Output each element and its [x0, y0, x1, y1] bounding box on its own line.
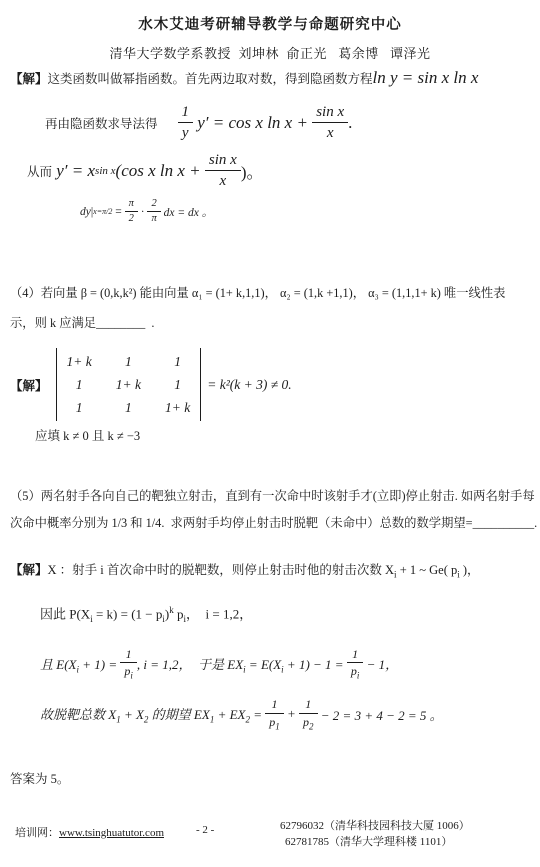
fraction-denominator: x [312, 122, 348, 142]
equation-differential: dy|x=π/2 = π2 · 2π dx = dx 。 [80, 198, 540, 225]
dot-operator: · [138, 206, 148, 218]
equation-lead-text: 从而 [27, 162, 52, 180]
question-4-line1: （4）若向量 β = (0,k,k²) 能由向量 α₁ = (1+ k,1,1)… [10, 286, 505, 300]
document-page: 水木艾迪考研辅导教学与命题研究中心 清华大学数学系教授 刘坤林 俞正光 葛余博 … [0, 0, 540, 867]
fraction-numerator: 1 [347, 647, 364, 662]
fraction-sinx-over-x: sin xx [312, 103, 348, 142]
determinant-result: = k²(k + 3) ≠ 0. [207, 377, 291, 393]
fraction-1-over-y: 1y [178, 103, 194, 142]
fraction-1-over-p1: 1p1 [265, 697, 284, 732]
fraction-denominator: p1 [265, 713, 284, 732]
fraction-1-over-pi: 1pi [120, 647, 137, 682]
matrix-cell: 1+ k [165, 398, 190, 417]
solution5-line4: 故脱靶总数 X1 + X2 的期望 EX1 + EX2 = 1p1 + 1p2 … [40, 697, 540, 732]
footer-site-url[interactable]: www.tsinghuatutor.com [59, 827, 164, 839]
plus-operator: + [284, 706, 299, 722]
fraction-1-over-pi: 1pi [347, 647, 364, 682]
determinant-matrix: 1+ k 1 1 1 1+ k 1 1 1 1+ k [56, 348, 202, 421]
fraction-numerator: 2 [147, 198, 160, 211]
equation-pre: y′ = x [52, 161, 95, 181]
fraction-denominator: pi [120, 662, 137, 681]
solution5-line2: 因此 P(Xi = k) = (1 − pi)k pi， i = 1,2， [40, 601, 540, 628]
equation-tail: − 1， [363, 654, 398, 673]
footer-site: 培训网：www.tsinghuatutor.com [15, 824, 164, 840]
equation-implicit-derivative: 再由隐函数求导法得 1y y′ = cos x ln x + sin xx . [45, 103, 540, 142]
question-5: （5）两名射手各向自己的靶独立射击，直到有一次命中时该射手才(立即)停止射击. … [10, 483, 532, 537]
fraction-numerator: 1 [299, 697, 318, 712]
equation-final-derivative: 从而 y′ = x sin x (cos x ln x + sin xx )。 [27, 151, 540, 190]
footer-contacts: 62796032（清华科技园科技大厦 1006）62781785（清华大学理科楼… [280, 818, 470, 850]
question-5-line1: （5）两名射手各向自己的靶独立射击，直到有一次命中时该射手才(立即)停止射击. … [10, 489, 535, 503]
matrix-cell: 1 [116, 398, 141, 417]
equation-lead: 且 E(Xi + 1) = [40, 654, 120, 675]
fraction-2-over-pi: 2π [147, 198, 160, 225]
equation-middle: , i = 1,2， 于是 EXi = E(Xi + 1) − 1 = [137, 654, 347, 675]
solution5-line1: 【解】X ：射手 i 首次命中时的脱靶数，则停止射击时他的射击次数 Xi + 1… [10, 561, 532, 584]
matrix-cell: 1+ k [67, 352, 92, 371]
fraction-denominator: π [147, 211, 160, 225]
equals-sign: = [112, 206, 124, 218]
footer-phone-2: 62781785（清华大学理科楼 1101） [280, 836, 452, 848]
question-4: （4）若向量 β = (0,k,k²) 能由向量 α₁ = (1+ k,1,1)… [10, 278, 532, 338]
fraction-numerator: 1 [265, 697, 284, 712]
solution4-label: 【解】 [10, 376, 48, 394]
fraction-numerator: sin x [205, 151, 241, 170]
matrix-cell: 1 [165, 375, 190, 394]
dy-symbol: dy [80, 206, 91, 218]
fraction-numerator: π [125, 198, 138, 211]
solution5-line3: 且 E(Xi + 1) = 1pi , i = 1,2， 于是 EXi = E(… [40, 647, 540, 682]
equation-middle: (cos x ln x + [116, 161, 205, 181]
equation-middle: y′ = cos x ln x + [193, 113, 312, 133]
authors-line: 清华大学数学系教授 刘坤林 俞正光 葛余博 谭泽光 [0, 43, 540, 62]
matrix-cell: 1 [165, 352, 190, 371]
fraction-numerator: sin x [312, 103, 348, 122]
question-4-line2: 示，则 k 应满足________ . [10, 316, 155, 330]
final-answer: 答案为 5。 [10, 770, 532, 788]
footer-phone-1: 62796032（清华科技园科技大厦 1006） [280, 820, 470, 832]
exponent-sinx: sin x [95, 165, 115, 177]
matrix-cell: 1 [67, 398, 92, 417]
solution5-label: 【解】 [10, 563, 48, 577]
equation-tail: )。 [241, 158, 264, 183]
fraction-denominator: x [205, 170, 241, 190]
solution4-answer: 应填 k ≠ 0 且 k ≠ −3 [35, 427, 540, 445]
footer-page-number: - 2 - [196, 824, 214, 836]
fraction-denominator: pi [347, 662, 364, 681]
solution4-determinant-row: 【解】 1+ k 1 1 1 1+ k 1 1 1 1+ k = k²(k + … [10, 348, 540, 421]
fraction-denominator: y [178, 122, 194, 142]
equation-tail: − 2 = 3 + 4 − 2 = 5 。 [318, 705, 443, 724]
matrix-cell: 1 [67, 375, 92, 394]
fraction-pi-over-2: π2 [125, 198, 138, 225]
solution1-intro-text: 这类函数叫做幂指函数。首先两边取对数，得到隐函数方程 [48, 72, 373, 86]
equation-lead-text: 再由隐函数求导法得 [45, 114, 158, 132]
fraction-1-over-p2: 1p2 [299, 697, 318, 732]
solution1-label: 【解】 [10, 72, 48, 86]
fraction-sinx-over-x: sin xx [205, 151, 241, 190]
solution1-intro-line: 【解】这类函数叫做幂指函数。首先两边取对数，得到隐函数方程ln y = sin … [10, 69, 532, 88]
solution5-line1-text: X ：射手 i 首次命中时的脱靶数，则停止射击时他的射击次数 Xi + 1 ~ … [48, 563, 480, 577]
equation-lead: 故脱靶总数 X1 + X2 的期望 EX1 + EX2 = [40, 704, 265, 725]
fraction-numerator: 1 [120, 647, 137, 662]
evaluation-point: x=π/2 [93, 207, 112, 216]
equation-ln-y: ln y = sin x ln x [373, 68, 479, 87]
fraction-denominator: p2 [299, 713, 318, 732]
question-5-line2: 次命中概率分别为 1/3 和 1/4. 求两射手均停止射击时脱靶（未命中）总数的… [10, 516, 537, 530]
page-title: 水木艾迪考研辅导教学与命题研究中心 [0, 13, 540, 34]
matrix-cell: 1+ k [116, 375, 141, 394]
equation-tail: dx = dx 。 [161, 204, 213, 220]
fraction-numerator: 1 [178, 103, 194, 122]
matrix-cell: 1 [116, 352, 141, 371]
fraction-denominator: 2 [125, 211, 138, 225]
footer-site-label: 培训网： [15, 827, 59, 839]
equation-tail: . [348, 113, 352, 133]
